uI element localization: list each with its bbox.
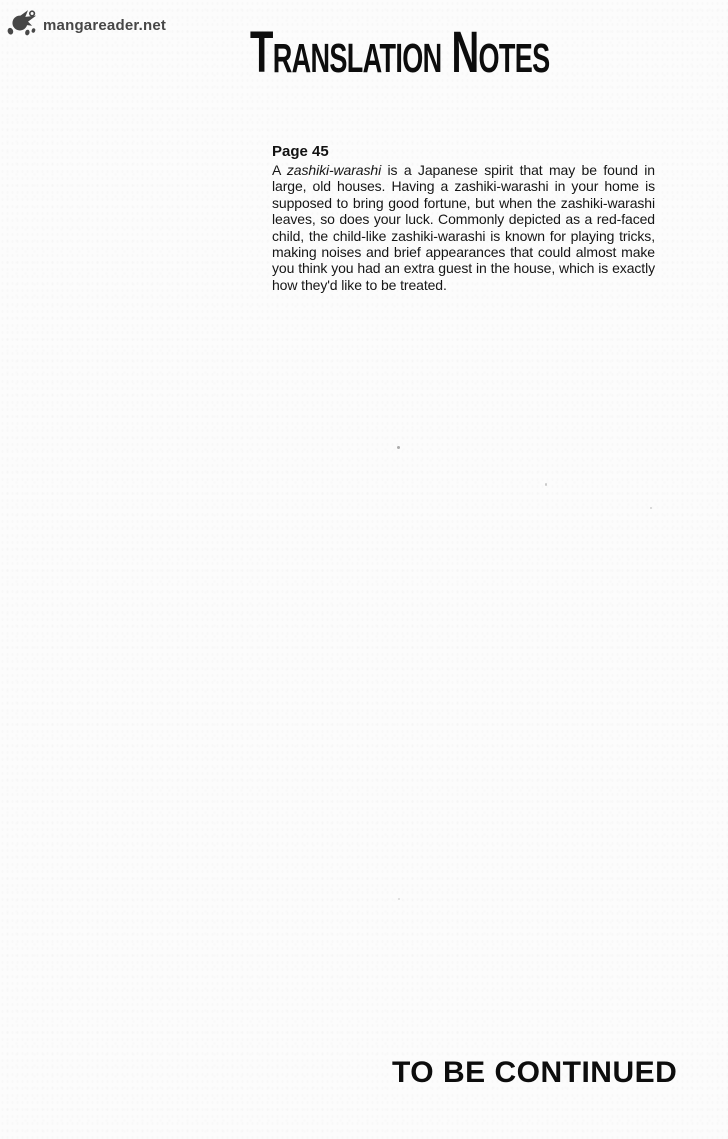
site-watermark: mangareader.net: [5, 5, 166, 37]
translation-note: Page 45 A zashiki-warashi is a Japanese …: [272, 143, 655, 293]
scan-speck: [545, 483, 547, 486]
scan-speck: [650, 507, 652, 509]
ink-splat-icon: [5, 5, 47, 37]
note-lead: A: [272, 162, 287, 178]
note-page-label: Page 45: [272, 143, 655, 160]
watermark-site-text: mangareader.net: [43, 17, 166, 34]
note-term-italic: zashiki-warashi: [287, 162, 381, 178]
to-be-continued-text: TO BE CONTINUED: [392, 1056, 677, 1090]
note-body-text: A zashiki-warashi is a Japanese spirit t…: [272, 162, 655, 293]
page-title: Translation Notes: [250, 24, 549, 82]
scan-speck: [398, 898, 400, 900]
scan-speck: [397, 446, 400, 449]
note-rest: is a Japanese spirit that may be found i…: [272, 162, 655, 293]
